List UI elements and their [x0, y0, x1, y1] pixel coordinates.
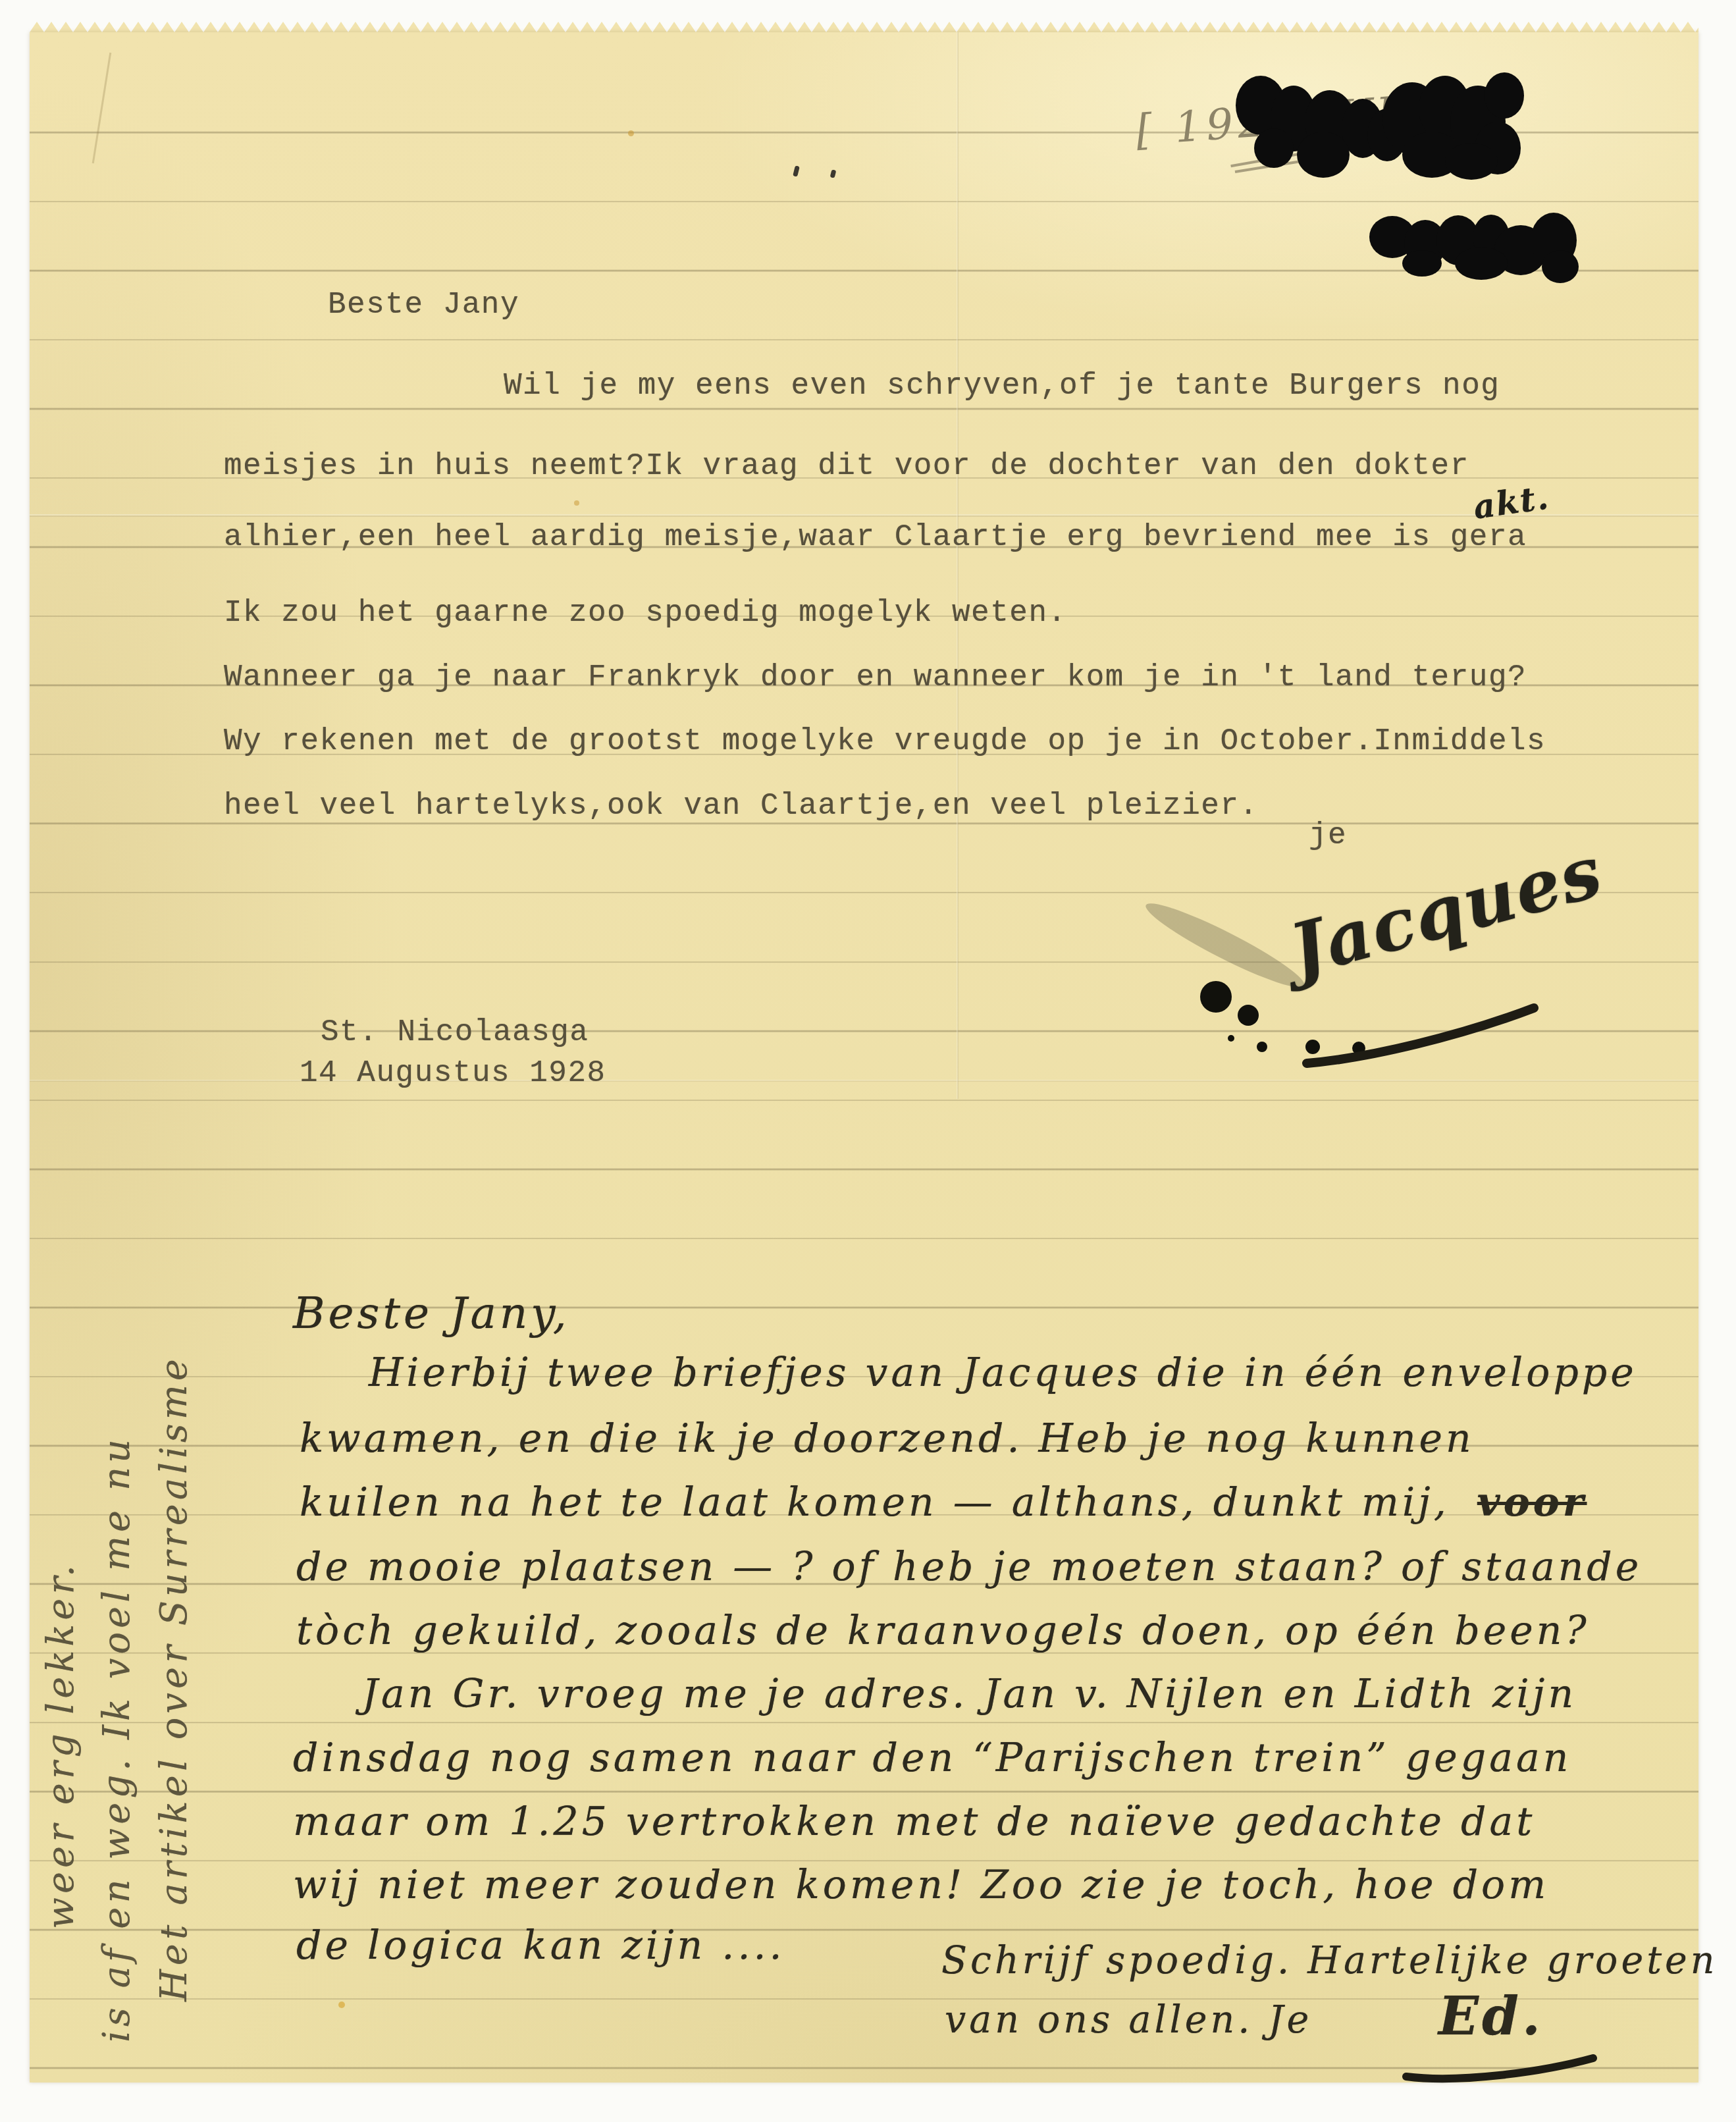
foxing-speck: [628, 130, 634, 136]
handwritten-line: de mooie plaatsen — ? of heb je moeten s…: [296, 1547, 1642, 1587]
handwritten-line: tòch gekuild, zooals de kraanvogels doen…: [296, 1611, 1590, 1651]
handwritten-line: wij niet meer zouden komen! Zoo zie je t…: [293, 1865, 1549, 1905]
perforated-top-edge: [30, 22, 1698, 32]
struck-word: voor: [1477, 1479, 1587, 1525]
scanned-letter-page: { "scan": { "background_color": "#fbfbf8…: [0, 0, 1736, 2122]
typed-line: Wanneer ga je naar Frankryk door en wann…: [224, 660, 1527, 695]
ink-correction: akt.: [1471, 481, 1551, 524]
typed-salutation: Beste Jany: [328, 288, 519, 322]
handwritten-line: Jan Gr. vroeg me je adres. Jan v. Nijlen…: [362, 1674, 1577, 1714]
foxing-speck: [338, 2002, 345, 2008]
margin-note-line: weer erg lekker.: [39, 1561, 82, 1929]
handwritten-line: dinsdag nog samen naar den “Parijschen t…: [293, 1738, 1571, 1778]
typed-line: alhier,een heel aardig meisje,waar Claar…: [224, 520, 1527, 554]
fold-crease-horizontal: [30, 514, 1698, 517]
redaction-blob: [1215, 56, 1524, 188]
handwritten-closing-line: Schrijf spoedig. Hartelijke groeten: [941, 1942, 1718, 1980]
handwritten-line: kuilen na het te laat komen — althans, d…: [300, 1483, 1587, 1522]
typed-line: heel veel hartelyks,ook van Claartje,en …: [224, 789, 1259, 823]
typed-line: Ik zou het gaarne zoo spoedig mogelyk we…: [224, 596, 1067, 630]
handwritten-salutation: Beste Jany,: [293, 1292, 570, 1335]
handwritten-line: maar om 1.25 vertrokken met de naïeve ge…: [293, 1802, 1535, 1842]
typed-line: Wy rekenen met de grootst mogelyke vreug…: [224, 724, 1546, 758]
typed-line: Wil je my eens even schryven,of je tante…: [504, 369, 1500, 403]
handwritten-closing-line: van ons allen. Je: [945, 2002, 1312, 2039]
margin-note-line: Het artikel over Surrealisme: [153, 1355, 196, 2002]
margin-note-line: is af en weg. Ik voel me nu: [95, 1435, 138, 2042]
pencil-smudge: [1140, 893, 1311, 997]
handwritten-line: de logica kan zijn ....: [296, 1926, 785, 1965]
handwritten-line: Hierbij twee briefjes van Jacques die in…: [369, 1353, 1637, 1393]
typed-line: meisjes in huis neemt?Ik vraag dit voor …: [224, 449, 1469, 483]
signature-ed: Ed.: [1438, 1990, 1544, 2042]
redaction-blob: [1363, 201, 1580, 290]
handwritten-line-text: kuilen na het te laat komen — althans, d…: [300, 1479, 1450, 1525]
signature-flourish: [1307, 1008, 1534, 1063]
typed-place: St. Nicolaasga: [321, 1015, 589, 1049]
foxing-speck: [574, 500, 579, 506]
handwritten-line: kwamen, en die ik je doorzend. Heb je no…: [300, 1419, 1475, 1458]
signature-underline: [1402, 2053, 1600, 2086]
typed-date: 14 Augustus 1928: [300, 1056, 606, 1090]
fold-crease-vertical: [957, 32, 959, 1099]
